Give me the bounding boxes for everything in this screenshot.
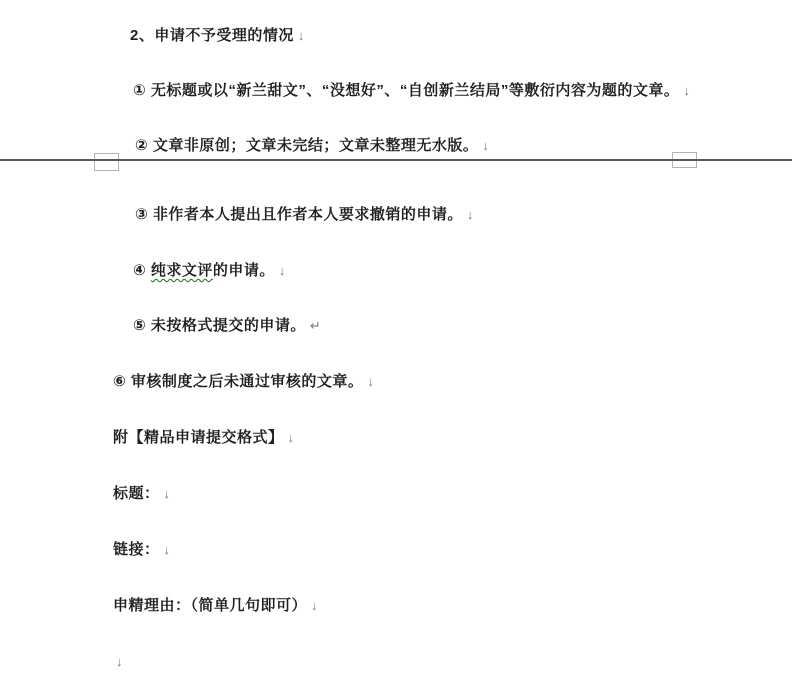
paragraph-mark-icon: ↵ [310, 317, 321, 334]
paragraph-mark-icon: ↓ [164, 485, 171, 502]
attachment-format-heading: 附【精品申请提交格式】↓ [113, 429, 295, 446]
paragraph-mark-icon: ↓ [683, 82, 690, 99]
item-2-not-original: ② 文章非原创；文章未完结；文章未整理无水版。↓ [135, 137, 489, 154]
field-title-label: 标题：↓ [113, 485, 171, 502]
paragraph-text: 链接： [113, 541, 160, 558]
paragraph-text: ⑥ 审核制度之后未通过审核的文章。 [113, 373, 363, 390]
paragraph-text: ③ 非作者本人提出且作者本人要求撤销的申请。 [135, 206, 463, 223]
paragraph-text: ④ [133, 262, 151, 279]
paragraph-text: 附【精品申请提交格式】 [113, 429, 284, 446]
paragraph-mark-icon: ↓ [164, 541, 171, 558]
paragraph-text: 申精理由：（简单几句即可） [113, 597, 307, 614]
grammar-squiggle-text: 纯求文评 [151, 262, 213, 279]
paragraph-text: ⑤ 未按格式提交的申请。 [133, 317, 306, 334]
item-1-no-title: ① 无标题或以“新兰甜文”、“没想好”、“自创新兰结局”等敷衍内容为题的文章。↓ [133, 82, 690, 99]
paragraph-mark-icon: ↓ [116, 653, 123, 670]
paragraph-text: ② 文章非原创；文章未完结；文章未整理无水版。 [135, 137, 478, 154]
heading-section-2: 2、申请不予受理的情况↓ [130, 27, 305, 44]
paragraph-mark-icon: ↓ [288, 429, 295, 446]
paragraph-mark-icon: ↓ [279, 262, 286, 279]
paragraph-mark-icon: ↓ [367, 373, 374, 390]
paragraph-mark-icon: ↓ [482, 137, 489, 154]
paragraph-mark-icon: ↓ [467, 206, 474, 223]
paragraph-text: 2、申请不予受理的情况 [130, 27, 294, 44]
document-page: 2、申请不予受理的情况↓ ① 无标题或以“新兰甜文”、“没想好”、“自创新兰结局… [0, 0, 792, 679]
paragraph-mark-icon: ↓ [298, 27, 305, 44]
empty-paragraph: ↓ [116, 653, 123, 670]
page-corner-marker-left [94, 153, 119, 171]
paragraph-text: 的申请。 [213, 262, 275, 279]
paragraph-text: 标题： [113, 485, 160, 502]
page-break-line [0, 159, 792, 161]
field-reason-label: 申精理由：（简单几句即可）↓ [113, 597, 318, 614]
item-4-review-only: ④ 纯求文评的申请。↓ [133, 262, 286, 279]
item-3-not-author: ③ 非作者本人提出且作者本人要求撤销的申请。↓ [135, 206, 474, 223]
field-link-label: 链接：↓ [113, 541, 171, 558]
item-5-wrong-format: ⑤ 未按格式提交的申请。↵ [133, 317, 321, 334]
paragraph-text: ① 无标题或以“新兰甜文”、“没想好”、“自创新兰结局”等敷衍内容为题的文章。 [133, 82, 679, 99]
paragraph-mark-icon: ↓ [311, 597, 318, 614]
item-6-failed-review: ⑥ 审核制度之后未通过审核的文章。↓ [113, 373, 374, 390]
